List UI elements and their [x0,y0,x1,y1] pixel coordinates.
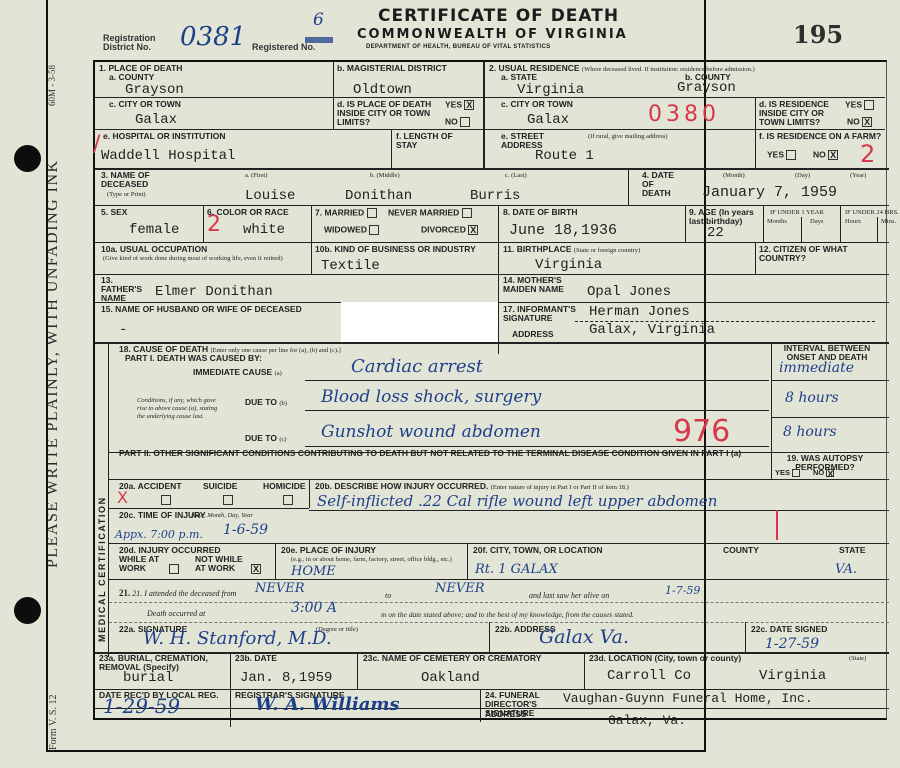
under-24-label: IF UNDER 24 HRS. [845,208,899,217]
birthplace: Virginia [535,257,602,273]
death-inside-no[interactable]: NO [445,117,470,127]
informant-name: Herman Jones [589,304,690,320]
struck-out-number [305,37,333,43]
registration-district-label: Registration District No. [103,34,175,52]
marital-never-married[interactable]: NEVER MARRIED [388,208,472,218]
physician-address: Galax Va. [539,626,629,648]
residence-city-code: 0380 [648,102,720,127]
registered-no: 6 [313,10,324,30]
race: white [243,222,285,238]
death-city: Galax [135,112,177,128]
medical-certification-sidebar: MEDICAL CERTIFICATION [95,342,109,657]
time-of-injury: Appx. 7:00 p.m. [115,528,203,541]
informant-address-label: ADDRESS [512,330,554,339]
manner-accident[interactable]: 20a. ACCIDENT [119,482,182,491]
disposition-method: burial [123,670,173,686]
death-occurred-label: Death occurred at [147,609,205,618]
sex: female [129,222,179,238]
date-signed: 1-27-59 [765,636,819,652]
first-name-label: a. (First) [245,171,267,180]
dob-label: 8. DATE OF BIRTH [503,208,577,217]
date-signed-label: 22c. DATE SIGNED [751,625,827,634]
registration-district-no: 0381 [180,22,246,52]
time-of-injury-note: Hour, Month, Day, Year [191,511,253,520]
not-while-at-work-checkbox[interactable]: X [251,564,261,574]
manner-red-mark: X [117,488,128,507]
registrar-signature: W. A. Williams [255,694,400,715]
last-seen-label: and last saw her alive on [529,591,609,600]
marital-married[interactable]: 7. MARRIED [315,208,377,218]
informant-address: Galax, Virginia [589,322,715,338]
mins-label: Mins. [881,217,896,226]
month-label: (Month) [723,171,745,180]
place-of-injury-note: (e.g., in or about home, farm, factory, … [291,555,467,564]
city-label: c. CITY OR TOWN [109,100,181,109]
date-of-death-label: 4. DATE OF DEATH [642,171,682,198]
middle-name: Donithan [345,188,412,204]
punch-hole-top [14,145,41,172]
death-county: Grayson [125,82,184,98]
age-label: 9. AGE (In years last birthday) [689,208,759,226]
father-name: Elmer Donithan [155,284,273,300]
attended-to: NEVER [435,581,485,596]
funeral-address-label: ADDRESS [485,710,527,719]
injury-county-label: COUNTY [723,546,759,555]
redacted-area [341,302,498,342]
certificate-form: 1. PLACE OF DEATH a. COUNTY Grayson b. M… [93,60,887,720]
location-state-label: (State) [849,654,866,663]
death-certificate: 60M - 3-58 PLEASE WRITE PLAINLY, WITH UN… [0,0,900,768]
suicide-checkbox[interactable] [223,495,233,505]
year-label: (Year) [850,171,866,180]
cause-c: Gunshot wound abdomen [321,422,541,442]
accident-checkbox[interactable] [161,495,171,505]
industry: Textile [321,258,380,274]
county-label: a. COUNTY [109,73,154,82]
homicide-checkbox[interactable] [283,495,293,505]
hospital-label: e. HOSPITAL OR INSTITUTION [103,132,225,141]
manner-homicide[interactable]: HOMICIDE [263,482,306,491]
cemetery: Oakland [421,670,480,686]
location-label: 23d. LOCATION (City, town or county) [589,654,741,663]
residence-state: Virginia [517,82,584,98]
due-to-c-label: DUE TO (c) [245,434,287,444]
interval-a: immediate [779,360,854,376]
father-label: 13. FATHER'S NAME [101,276,151,303]
birthplace-label: 11. BIRTHPLACE (State or foreign country… [503,245,640,255]
last-name: Burris [470,188,520,204]
immediate-cause-label: IMMEDIATE CAUSE (a) [193,368,282,378]
disposition-date-label: 23b. DATE [235,654,277,663]
informant-label: 17. INFORMANT'S SIGNATURE [503,305,578,323]
jurisdiction: COMMONWEALTH OF VIRGINIA [357,27,628,42]
due-to-b-label: DUE TO (b) [245,398,287,408]
death-inside-yes[interactable]: YES X [445,100,474,110]
part1-label: PART I. DEATH WAS CAUSED BY: [125,354,262,363]
immediate-cause: Cardiac arrest [351,356,483,377]
months-label: Months [767,217,787,226]
spouse-label: 15. NAME OF HUSBAND OR WIFE OF DECEASED [101,305,302,314]
sex-label: 5. SEX [101,208,127,217]
death-time: 3:00 A [291,600,337,616]
autopsy-no[interactable]: NO X [813,468,834,477]
while-at-work[interactable]: WHILE AT WORK [119,555,169,573]
magisterial-district: Oldtown [353,82,412,98]
not-while-at-work[interactable]: NOT WHILE AT WORK [195,555,250,573]
injury-city: Rt. 1 GALAX [475,562,558,577]
cemetery-label: 23c. NAME OF CEMETERY OR CREMATORY [363,654,541,663]
name-label: 3. NAME OF DECEASED [101,171,161,189]
cause-b: Blood loss shock, surgery [321,387,541,407]
mother-label: 14. MOTHER'S MAIDEN NAME [503,276,578,294]
length-of-stay-label: f. LENGTH OF STAY [396,132,466,150]
first-name: Louise [245,188,295,204]
marital-divorced[interactable]: DIVORCED X [421,225,478,235]
residence-inside-no[interactable]: NO X [847,117,872,127]
physician-signature: W. H. Stanford, M.D. [143,628,332,649]
date-received: 1-29-59 [103,694,180,718]
certificate-header: Registration District No. 0381 Registere… [100,0,900,60]
injury-state: VA. [835,562,857,577]
spouse-name: - [119,322,127,338]
certificate-title: CERTIFICATE OF DEATH [378,6,619,26]
hospital: Waddell Hospital [101,148,235,164]
residence-county: Grayson [677,80,736,96]
last-name-label: c. (Last) [505,171,527,180]
occupation-note: (Give kind of work done during most of w… [103,254,308,263]
interval-b: 8 hours [785,390,839,406]
marital-widowed[interactable]: WIDOWED [324,225,379,235]
funeral-address: Galax, Va. [608,713,686,728]
punch-hole-bottom [14,597,41,624]
while-at-work-checkbox[interactable] [169,564,179,574]
attended-to-label: to [385,591,391,600]
place-of-injury: HOME [291,564,336,579]
industry-label: 10b. KIND OF BUSINESS OR INDUSTRY [315,245,476,254]
days-label: Days [810,217,823,226]
age: 22 [707,225,724,241]
conditions-note: Conditions, if any, which gave rise to a… [137,397,225,421]
district-label: b. MAGISTERIAL DISTRICT [337,64,447,73]
interval-c: 8 hours [783,424,837,440]
farm-code: 2 [860,140,875,168]
name-note: (Type or Print) [107,190,146,199]
street-note: (If rural, give mailing address) [588,132,668,141]
race-label: 6. COLOR OR RACE [207,208,289,217]
last-seen: 1-7-59 [665,584,700,597]
funeral-director: Vaughan-Guynn Funeral Home, Inc. [563,691,813,706]
farm-no[interactable]: NO X [813,150,838,160]
attended-label: 21. 21. I attended the deceased from [119,589,236,598]
injury-description: Self-inflicted .22 Cal rifle wound left … [317,492,717,510]
residence-state-label: a. STATE [501,73,537,82]
injury-desc-label: 20b. DESCRIBE HOW INJURY OCCURRED. (Ente… [315,482,629,492]
disposition-date: Jan. 8,1959 [240,670,332,686]
residence-inside-limits-label: d. IS RESIDENCE INSIDE CITY OR TOWN LIMI… [759,100,841,127]
day-label: (Day) [795,171,810,180]
autopsy-yes[interactable]: YES [775,468,800,477]
residence-inside-yes[interactable]: YES [845,100,874,110]
department: DEPARTMENT OF HEALTH, BUREAU OF VITAL ST… [366,44,550,50]
registered-no-label: Registered No. [252,43,316,52]
residence-city: Galax [527,112,569,128]
citizen-label: 12. CITIZEN OF WHAT COUNTRY? [759,245,869,263]
date-of-birth: June 18,1936 [509,222,617,239]
hours-label: Hours [845,217,861,226]
occupation-label: 10a. USUAL OCCUPATION [101,245,207,254]
manner-suicide[interactable]: SUICIDE [203,482,237,491]
date-of-death: January 7, 1959 [702,184,837,201]
death-statement: m on the date stated above; and to the b… [381,610,634,619]
farm-yes[interactable]: YES [767,150,796,160]
red-mark [776,510,778,540]
red-check-mark: / [93,132,100,157]
street-address: Route 1 [535,148,594,164]
burial-state: Virginia [759,668,826,684]
injury-city-label: 20f. CITY, TOWN, OR LOCATION [473,546,603,555]
place-of-injury-label: 20e. PLACE OF INJURY [281,546,376,555]
mother-maiden-name: Opal Jones [587,284,671,300]
death-inside-limits-label: d. IS PLACE OF DEATH INSIDE CITY OR TOWN… [337,100,437,127]
date-of-injury: 1-6-59 [223,522,268,538]
burial-location: Carroll Co [607,668,691,684]
cause-code: 976 [673,414,730,449]
attended-from: NEVER [255,581,305,596]
injury-state-label: STATE [839,546,866,555]
certificate-number: 195 [793,20,843,49]
residence-city-label: c. CITY OR TOWN [501,100,573,109]
under-1-year-label: IF UNDER 1 YEAR [770,208,824,217]
middle-name-label: b. (Middle) [370,171,400,180]
part2-label: PART II. OTHER SIGNIFICANT CONDITIONS CO… [119,449,759,458]
